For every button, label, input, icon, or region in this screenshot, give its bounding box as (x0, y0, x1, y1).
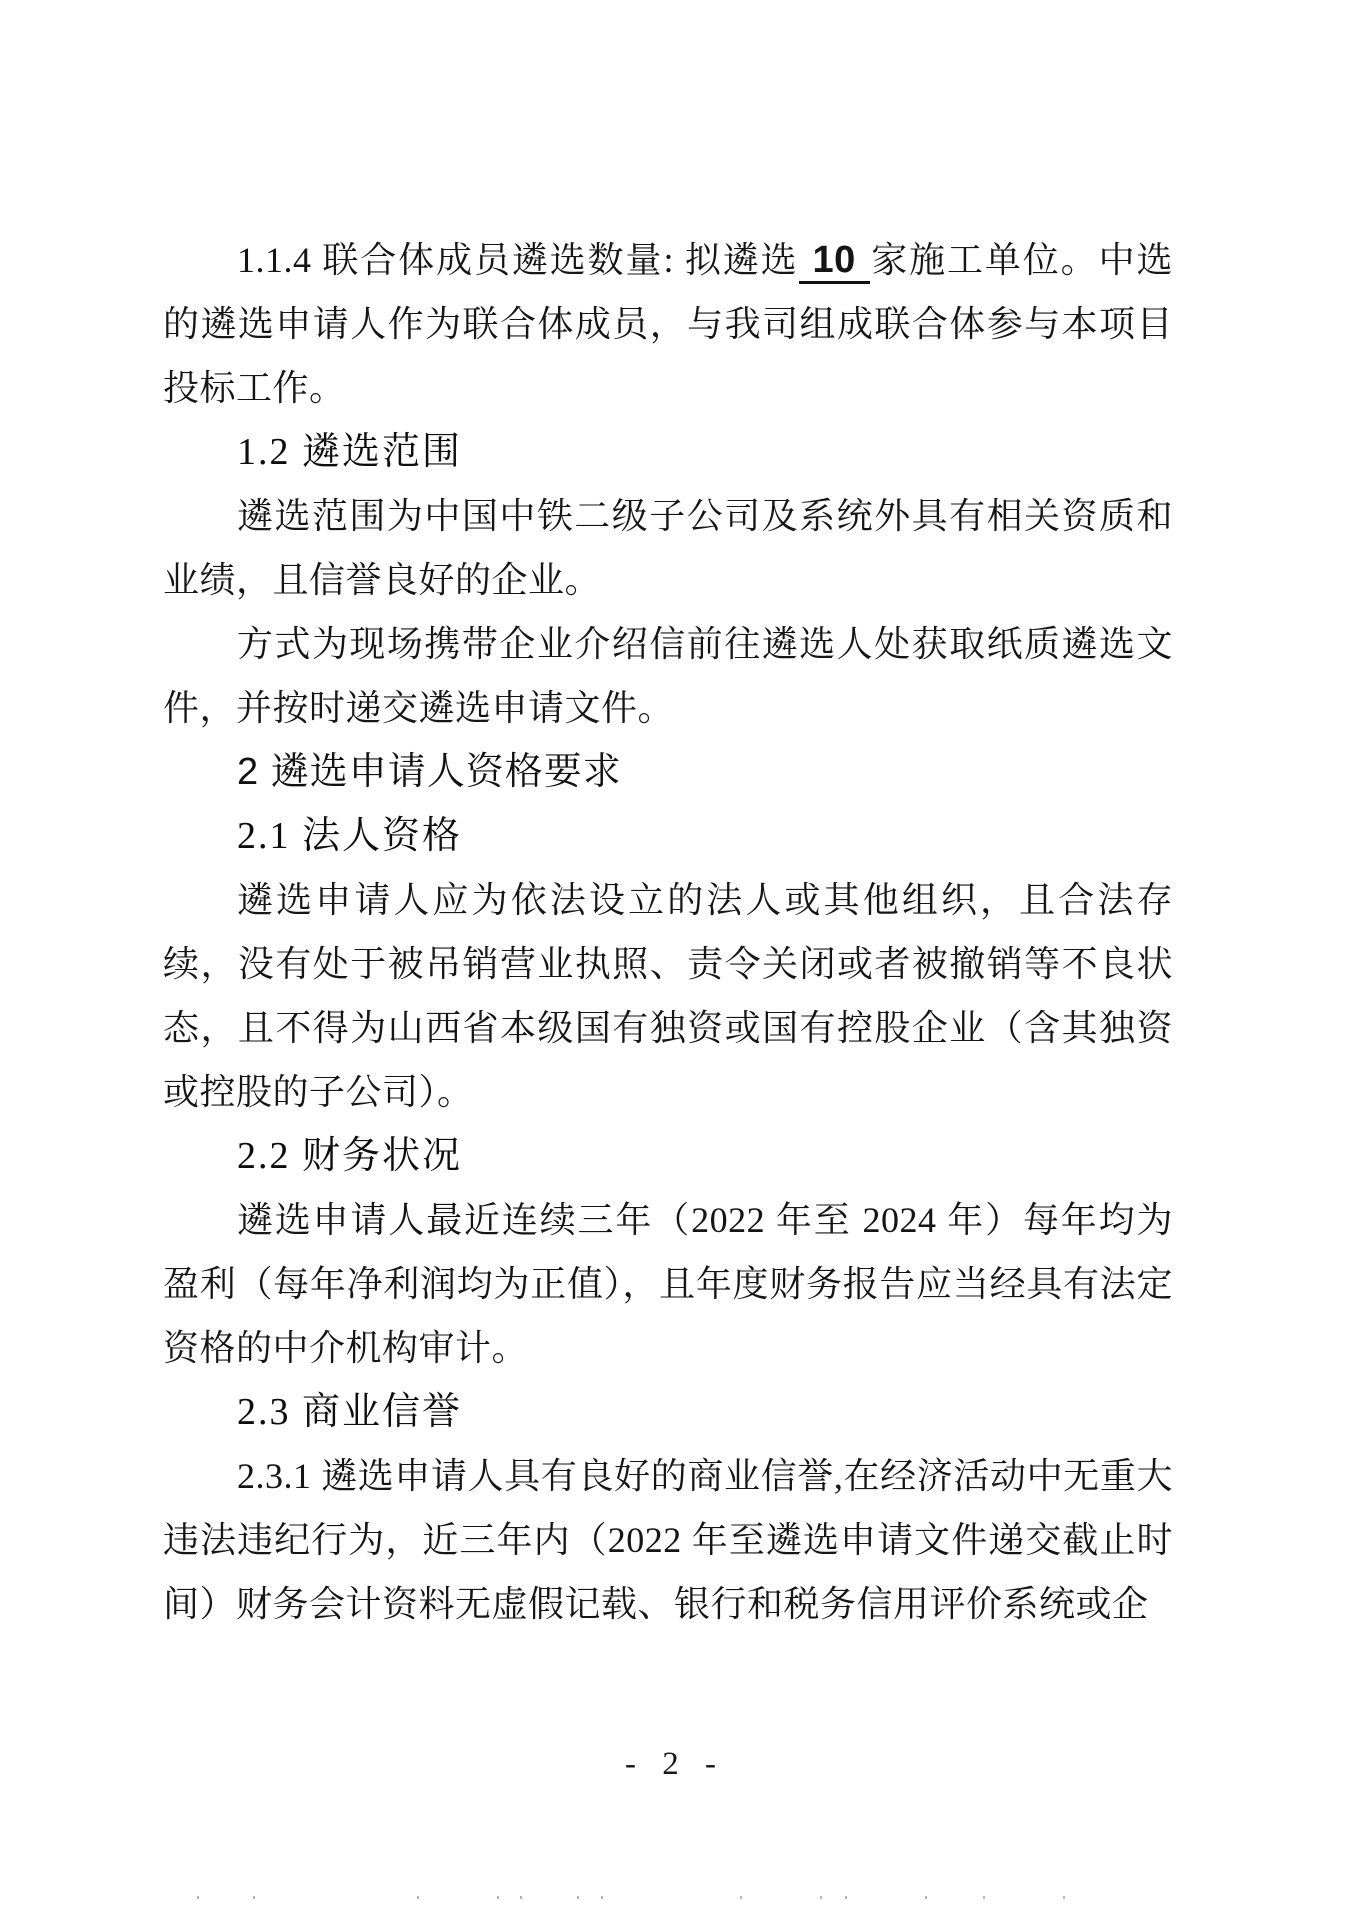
section-heading-2-1: 2.1 法人资格 (163, 804, 1173, 868)
ink-speck (983, 1896, 985, 1899)
ink-speck (925, 1896, 927, 1899)
paragraph-legal-person-qualification: 遴选申请人应为依法设立的法人或其他组织，且合法存续，没有处于被吊销营业执照、责令… (163, 868, 1173, 1124)
paragraph-business-reputation: 2.3.1 遴选申请人具有良好的商业信誉,在经济活动中无重大违法违纪行为，近三年… (163, 1444, 1173, 1636)
section-heading-1-2: 1.2 遴选范围 (163, 420, 1173, 484)
paragraph-selection-scope: 遴选范围为中国中铁二级子公司及系统外具有相关资质和业绩，且信誉良好的企业。 (163, 484, 1173, 612)
ink-speck (253, 1896, 255, 1899)
document-page: 1.1.4 联合体成员遴选数量: 拟遴选10家施工单位。中选的遴选申请人作为联合… (0, 0, 1350, 1909)
paragraph-acquisition-method: 方式为现场携带企业介绍信前往遴选人处获取纸质遴选文件，并按时递交遴选申请文件。 (163, 612, 1173, 740)
section-heading-2: 2 遴选申请人资格要求 (163, 740, 1173, 804)
ink-speck (601, 1896, 603, 1899)
clause-1-1-4-paragraph: 1.1.4 联合体成员遴选数量: 拟遴选10家施工单位。中选的遴选申请人作为联合… (163, 228, 1173, 420)
ink-speck (520, 1896, 522, 1899)
ink-speck (820, 1896, 822, 1899)
ink-speck (577, 1896, 579, 1899)
ink-speck (197, 1896, 199, 1899)
ink-speck (845, 1896, 847, 1899)
selected-count-value: 10 (799, 239, 870, 284)
section-heading-2-3: 2.3 商业信誉 (163, 1380, 1173, 1444)
clause-number-and-label: 1.1.4 联合体成员遴选数量: 拟遴选 (237, 240, 799, 280)
document-body: 1.1.4 联合体成员遴选数量: 拟遴选10家施工单位。中选的遴选申请人作为联合… (163, 228, 1173, 1636)
ink-speck (417, 1896, 419, 1899)
scan-artifacts (0, 1895, 1350, 1901)
paragraph-financial-status: 遴选申请人最近连续三年（2022 年至 2024 年）每年均为盈利（每年净利润均… (163, 1188, 1173, 1380)
ink-speck (1063, 1896, 1065, 1899)
ink-speck (740, 1896, 742, 1899)
ink-speck (497, 1896, 499, 1899)
section-heading-2-2: 2.2 财务状况 (163, 1124, 1173, 1188)
page-number: - 2 - (0, 1746, 1350, 1783)
